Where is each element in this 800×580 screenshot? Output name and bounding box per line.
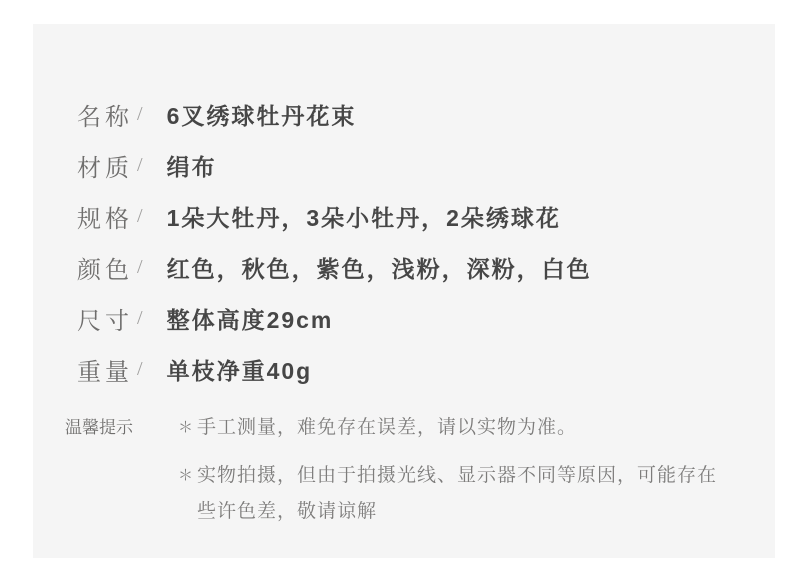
spec-label-name: 名称 [33,97,133,132]
spec-row-name: 名称 / 6叉绣球牡丹花束 [33,89,775,140]
spec-row-color: 颜色 / 红色，秋色，紫色，浅粉，深粉，白色 [33,242,775,293]
tip-text: 手工测量，难免存在误差，请以实物为准。 [197,410,577,446]
slash-separator: / [137,154,143,177]
product-spec-card: 名称 / 6叉绣球牡丹花束 材质 / 绢布 规格 / 1朵大牡丹，3朵小牡丹，2… [33,24,775,558]
spec-row-weight: 重量 / 单枝净重40g [33,344,775,395]
tip-line: 些许色差，敬请谅解 [197,494,717,530]
slash-separator: / [137,358,143,381]
spec-list: 名称 / 6叉绣球牡丹花束 材质 / 绢布 规格 / 1朵大牡丹，3朵小牡丹，2… [33,24,775,395]
tips-list: ＊ 手工测量，难免存在误差，请以实物为准。 ＊ 实物拍摄，但由于拍摄光线、显示器… [178,410,717,530]
spec-row-specification: 规格 / 1朵大牡丹，3朵小牡丹，2朵绣球花 [33,191,775,242]
spec-label-material: 材质 [33,148,133,183]
spec-value-name: 6叉绣球牡丹花束 [167,98,357,131]
tips-section: 温馨提示 ＊ 手工测量，难免存在误差，请以实物为准。 ＊ 实物拍摄，但由于拍摄光… [33,410,775,530]
spec-label-size: 尺寸 [33,301,133,336]
spec-value-size: 整体高度29cm [167,302,334,335]
tip-text: 实物拍摄，但由于拍摄光线、显示器不同等原因，可能存在 些许色差，敬请谅解 [197,458,717,530]
spec-label-color: 颜色 [33,250,133,285]
slash-separator: / [137,307,143,330]
spec-label-weight: 重量 [33,352,133,387]
slash-separator: / [137,256,143,279]
tip-item-color-difference: ＊ 实物拍摄，但由于拍摄光线、显示器不同等原因，可能存在 些许色差，敬请谅解 [178,458,717,530]
asterisk-marker: ＊ [178,458,194,530]
tip-item-measurement: ＊ 手工测量，难免存在误差，请以实物为准。 [178,410,717,446]
spec-row-size: 尺寸 / 整体高度29cm [33,293,775,344]
tip-line: 手工测量，难免存在误差，请以实物为准。 [197,410,577,446]
slash-separator: / [137,205,143,228]
tip-line: 实物拍摄，但由于拍摄光线、显示器不同等原因，可能存在 [197,458,717,494]
slash-separator: / [137,103,143,126]
tips-label: 温馨提示 [33,410,133,530]
asterisk-marker: ＊ [178,410,194,446]
spec-value-specification: 1朵大牡丹，3朵小牡丹，2朵绣球花 [167,200,561,233]
spec-value-material: 绢布 [167,149,217,182]
spec-row-material: 材质 / 绢布 [33,140,775,191]
spec-value-weight: 单枝净重40g [167,353,313,386]
spec-value-color: 红色，秋色，紫色，浅粉，深粉，白色 [167,251,592,284]
spec-label-specification: 规格 [33,199,133,234]
